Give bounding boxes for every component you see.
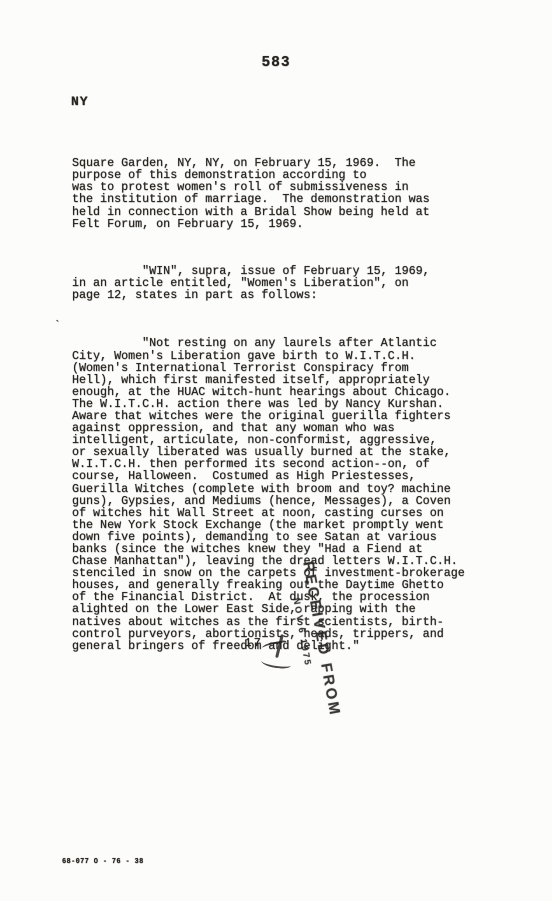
page-number-top: 583 bbox=[0, 55, 552, 71]
document-page: 583 NY Square Garden, NY, NY, on Februar… bbox=[0, 0, 552, 901]
region-label: NY bbox=[71, 94, 89, 109]
scan-artifact-mark: ` bbox=[54, 320, 61, 332]
gpo-footer-code: 68-077 O - 76 - 38 bbox=[62, 858, 144, 866]
paragraph-demonstration: Square Garden, NY, NY, on February 15, 1… bbox=[72, 157, 532, 230]
paragraph-win-citation: "WIN", supra, issue of February 15, 1969… bbox=[72, 265, 532, 301]
